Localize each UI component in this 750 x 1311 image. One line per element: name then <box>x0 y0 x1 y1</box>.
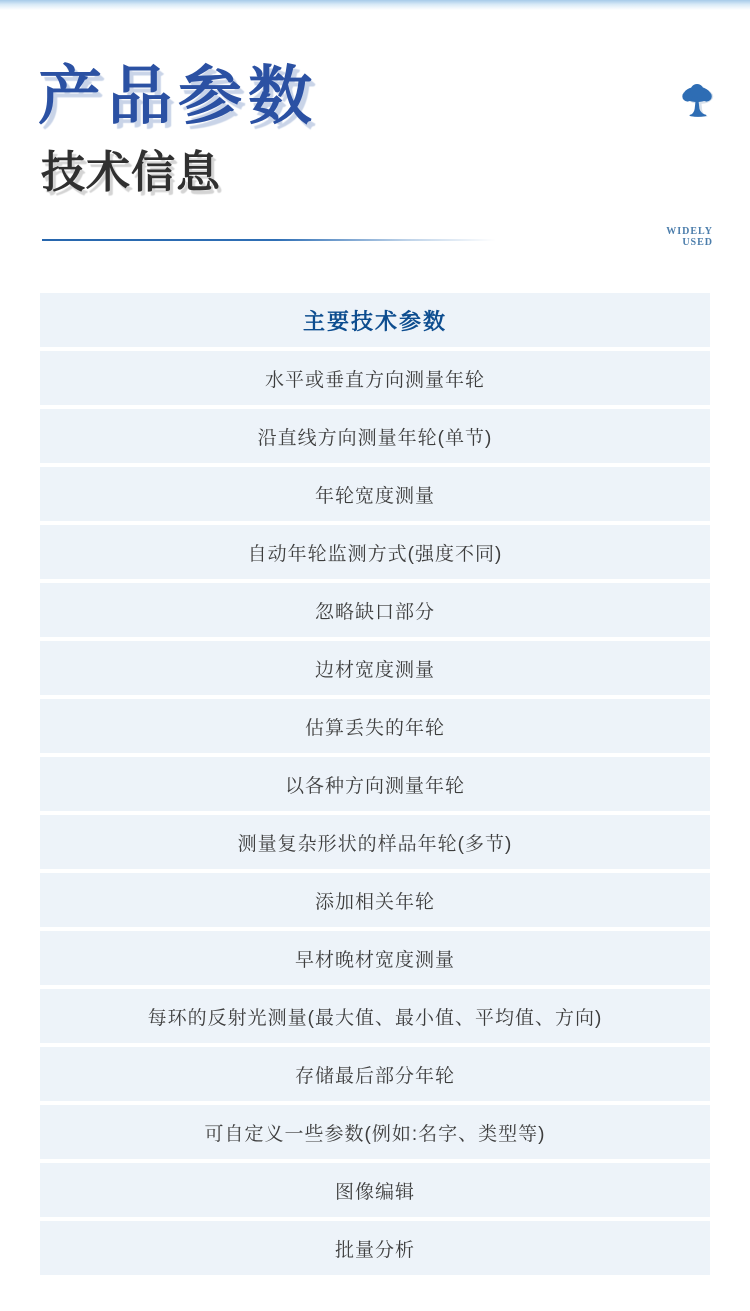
widely-used-badge: WIDELY USED <box>666 226 713 248</box>
page-title: 产品参数 <box>38 60 318 134</box>
table-row: 忽略缺口部分 <box>40 583 710 637</box>
badge-line-2: USED <box>666 237 713 248</box>
header-divider-line <box>42 239 510 241</box>
top-accent-strip <box>0 0 750 10</box>
tree-icon <box>679 84 717 122</box>
table-row: 可自定义一些参数(例如:名字、类型等) <box>40 1105 710 1159</box>
spec-table-header: 主要技术参数 <box>40 293 710 347</box>
table-row: 每环的反射光测量(最大值、最小值、平均值、方向) <box>40 989 710 1043</box>
table-row: 年轮宽度测量 <box>40 467 710 521</box>
table-row: 沿直线方向测量年轮(单节) <box>40 409 710 463</box>
spec-table: 主要技术参数 水平或垂直方向测量年轮 沿直线方向测量年轮(单节) 年轮宽度测量 … <box>40 293 710 1279</box>
table-row: 图像编辑 <box>40 1163 710 1217</box>
table-row: 自动年轮监测方式(强度不同) <box>40 525 710 579</box>
table-row: 早材晚材宽度测量 <box>40 931 710 985</box>
table-row: 存储最后部分年轮 <box>40 1047 710 1101</box>
table-row: 添加相关年轮 <box>40 873 710 927</box>
table-row: 水平或垂直方向测量年轮 <box>40 351 710 405</box>
page-subtitle: 技术信息 <box>41 148 221 199</box>
table-row: 以各种方向测量年轮 <box>40 757 710 811</box>
table-row: 测量复杂形状的样品年轮(多节) <box>40 815 710 869</box>
table-row: 批量分析 <box>40 1221 710 1275</box>
table-row: 估算丢失的年轮 <box>40 699 710 753</box>
badge-line-1: WIDELY <box>666 226 713 237</box>
table-row: 边材宽度测量 <box>40 641 710 695</box>
